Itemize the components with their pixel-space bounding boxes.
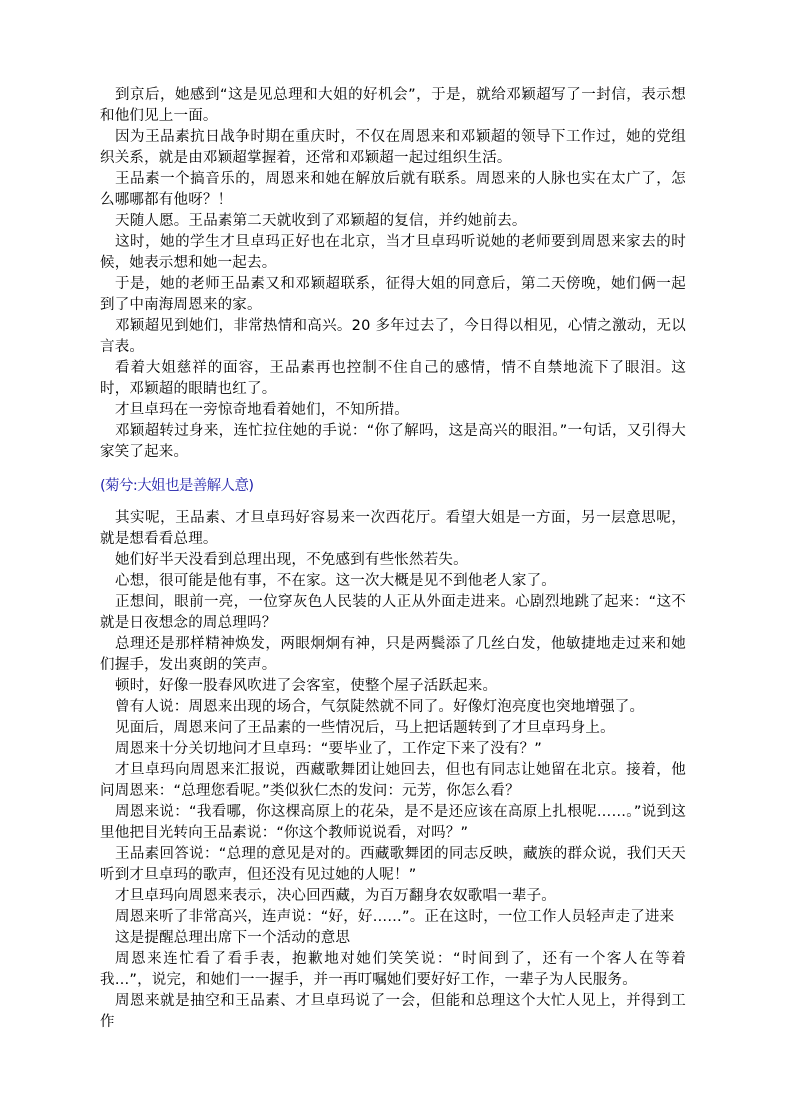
paragraph: 曾有人说：周恩来出现的场合，气氛陡然就不同了。好像灯泡亮度也突地增强了。 [100,697,686,718]
paragraph: 才旦卓玛向周恩来汇报说，西藏歌舞团让她回去，但也有同志让她留在北京。接着，他问周… [100,760,686,802]
paragraph: 周恩来就是抽空和王品素、才旦卓玛说了一会，但能和总理这个大忙人见上，并得到工作 [100,991,686,1033]
paragraph: 总理还是那样精神焕发，两眼炯炯有神，只是两鬓添了几丝白发，他敏捷地走过来和她们握… [100,634,686,676]
paragraph: 正想间，眼前一亮，一位穿灰色人民装的人正从外面走进来。心剧烈地跳了起来：“这不就… [100,592,686,634]
paragraph: 到京后，她感到“这是见总理和大姐的好机会”，于是，就给邓颖超写了一封信，表示想和… [100,85,686,127]
paragraph: 才旦卓玛向周恩来表示，决心回西藏，为百万翻身农奴歌唱一辈子。 [100,886,686,907]
paragraph: 周恩来连忙看了看手表，抱歉地对她们笑笑说：“时间到了，还有一个客人在等着我…”，… [100,949,686,991]
paragraph: 天随人愿。王品素第二天就收到了邓颖超的复信，并约她前去。 [100,211,686,232]
paragraph: 邓颖超转过身来，连忙拉住她的手说：“你了解吗，这是高兴的眼泪。”一句话，又引得大… [100,421,686,463]
paragraph: 看着大姐慈祥的面容，王品素再也控制不住自己的感情，情不自禁地流下了眼泪。这时，邓… [100,358,686,400]
paragraph: 心想，很可能是他有事，不在家。这一次大概是见不到他老人家了。 [100,571,686,592]
section-2: 其实呢，王品素、才旦卓玛好容易来一次西花厅。看望大姐是一方面，另一层意思呢，就是… [100,508,686,1033]
paragraph: 这是提醒总理出席下一个活动的意思 [100,928,686,949]
section-heading: (菊兮:大姐也是善解人意) [100,476,686,497]
paragraph: 她们好半天没看到总理出现，不免感到有些怅然若失。 [100,550,686,571]
document-page: 到京后，她感到“这是见总理和大姐的好机会”，于是，就给邓颖超写了一封信，表示想和… [100,85,686,1033]
paragraph: 顿时，好像一股春风吹进了会客室，使整个屋子活跃起来。 [100,676,686,697]
paragraph: 见面后，周恩来问了王品素的一些情况后，马上把话题转到了才旦卓玛身上。 [100,718,686,739]
paragraph: 因为王品素抗日战争时期在重庆时，不仅在周恩来和邓颖超的领导下工作过，她的党组织关… [100,127,686,169]
paragraph: 这时，她的学生才旦卓玛正好也在北京，当才旦卓玛听说她的老师要到周恩来家去的时候，… [100,232,686,274]
paragraph: 周恩来说：“我看哪，你这棵高原上的花朵，是不是还应该在高原上扎根呢……。”说到这… [100,802,686,844]
paragraph: 周恩来听了非常高兴，连声说：“好，好……”。正在这时，一位工作人员轻声走了进来 [100,907,686,928]
paragraph: 才旦卓玛在一旁惊奇地看着她们，不知所措。 [100,400,686,421]
paragraph: 王品素一个搞音乐的，周恩来和她在解放后就有联系。周恩来的人脉也实在太广了，怎么哪… [100,169,686,211]
paragraph: 其实呢，王品素、才旦卓玛好容易来一次西花厅。看望大姐是一方面，另一层意思呢，就是… [100,508,686,550]
paragraph: 于是，她的老师王品素又和邓颖超联系，征得大姐的同意后，第二天傍晚，她们俩一起到了… [100,274,686,316]
paragraph: 周恩来十分关切地问才旦卓玛：“要毕业了，工作定下来了没有？” [100,739,686,760]
paragraph: 王品素回答说：“总理的意见是对的。西藏歌舞团的同志反映，藏族的群众说，我们天天听… [100,844,686,886]
paragraph: 邓颖超见到她们，非常热情和高兴。20 多年过去了，今日得以相见，心情之激动，无以… [100,316,686,358]
section-1: 到京后，她感到“这是见总理和大姐的好机会”，于是，就给邓颖超写了一封信，表示想和… [100,85,686,463]
